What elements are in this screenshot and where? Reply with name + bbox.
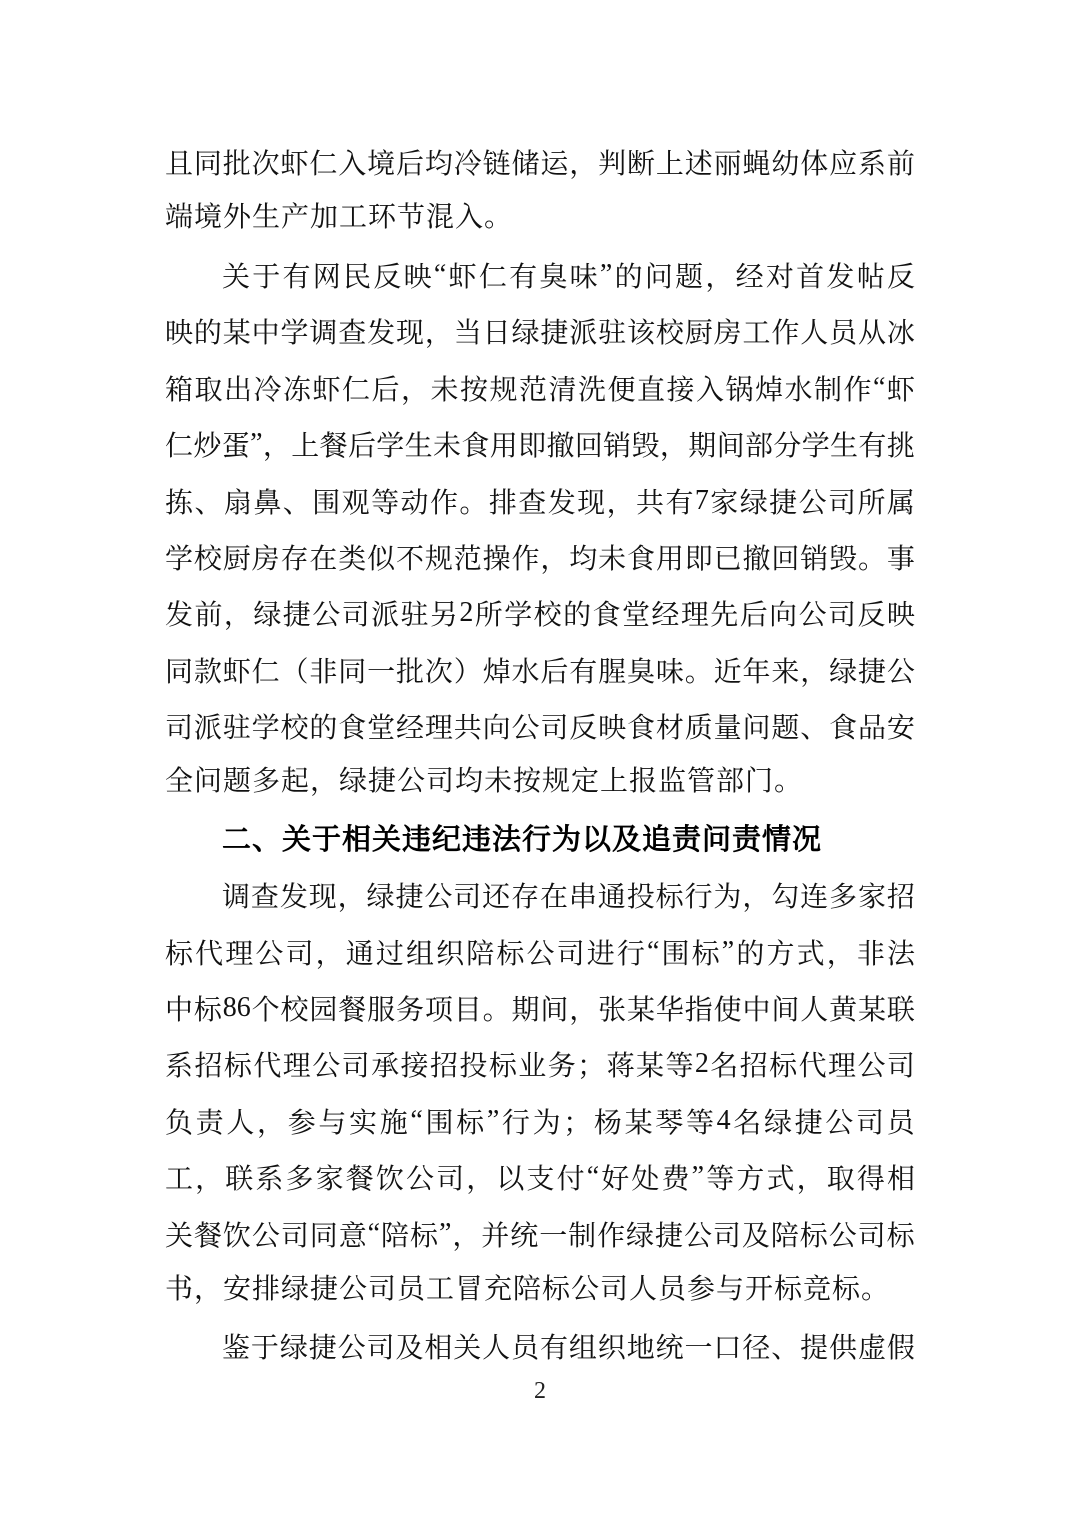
text-line: 书，安排绿捷公司员工冒充陪标公司人员参与开标竞标。	[165, 1262, 915, 1318]
text-line: 中标 86 个校园餐服务项目。期间，张某华指使中间人黄某联	[165, 980, 915, 1036]
document-body: 且同批次虾仁入境后均冷链储运，判断上述丽蝇幼体应系前 端境外生产加工环节混入。 …	[165, 134, 915, 1375]
text-line: 仁炒蛋”，上餐后学生未食用即撤回销毁，期间部分学生有挑	[165, 416, 915, 472]
text-line: 调查发现，绿捷公司还存在串通投标行为，勾连多家招	[165, 867, 915, 923]
text-line: 发前，绿捷公司派驻另 2 所学校的食堂经理先后向公司反映	[165, 585, 915, 641]
text-line: 且同批次虾仁入境后均冷链储运，判断上述丽蝇幼体应系前	[165, 134, 915, 190]
text-line: 鉴于绿捷公司及相关人员有组织地统一口径、提供虚假	[165, 1318, 915, 1374]
text-line: 端境外生产加工环节混入。	[165, 190, 915, 246]
text-line: 学校厨房存在类似不规范操作，均未食用即已撤回销毁。事	[165, 529, 915, 585]
page-number: 2	[0, 1378, 1080, 1405]
text-line: 负责人，参与实施“围标”行为；杨某琴等 4 名绿捷公司员	[165, 1093, 915, 1149]
text-line: 司派驻学校的食堂经理共向公司反映食材质量问题、食品安	[165, 698, 915, 754]
text-line: 拣、扇鼻、围观等动作。排查发现，共有 7 家绿捷公司所属	[165, 472, 915, 528]
text-line: 箱取出冷冻虾仁后，未按规范清洗便直接入锅焯水制作“虾	[165, 360, 915, 416]
text-line: 关于有网民反映“虾仁有臭味”的问题，经对首发帖反	[165, 247, 915, 303]
text-line: 映的某中学调查发现，当日绿捷派驻该校厨房工作人员从冰	[165, 303, 915, 359]
section-2-heading: 二、关于相关违纪违法行为以及追责问责情况	[165, 811, 915, 867]
text-line: 同款虾仁（非同一批次）焯水后有腥臭味。近年来，绿捷公	[165, 642, 915, 698]
text-line: 系招标代理公司承接招投标业务；蒋某等 2 名招标代理公司	[165, 1036, 915, 1092]
text-line: 关餐饮公司同意“陪标”，并统一制作绿捷公司及陪标公司标	[165, 1205, 915, 1261]
text-line: 全问题多起，绿捷公司均未按规定上报监管部门。	[165, 754, 915, 810]
text-line: 工，联系多家餐饮公司，以支付“好处费”等方式，取得相	[165, 1149, 915, 1205]
document-page: 且同批次虾仁入境后均冷链储运，判断上述丽蝇幼体应系前 端境外生产加工环节混入。 …	[0, 0, 1080, 1527]
text-line: 标代理公司，通过组织陪标公司进行“围标”的方式，非法	[165, 923, 915, 979]
